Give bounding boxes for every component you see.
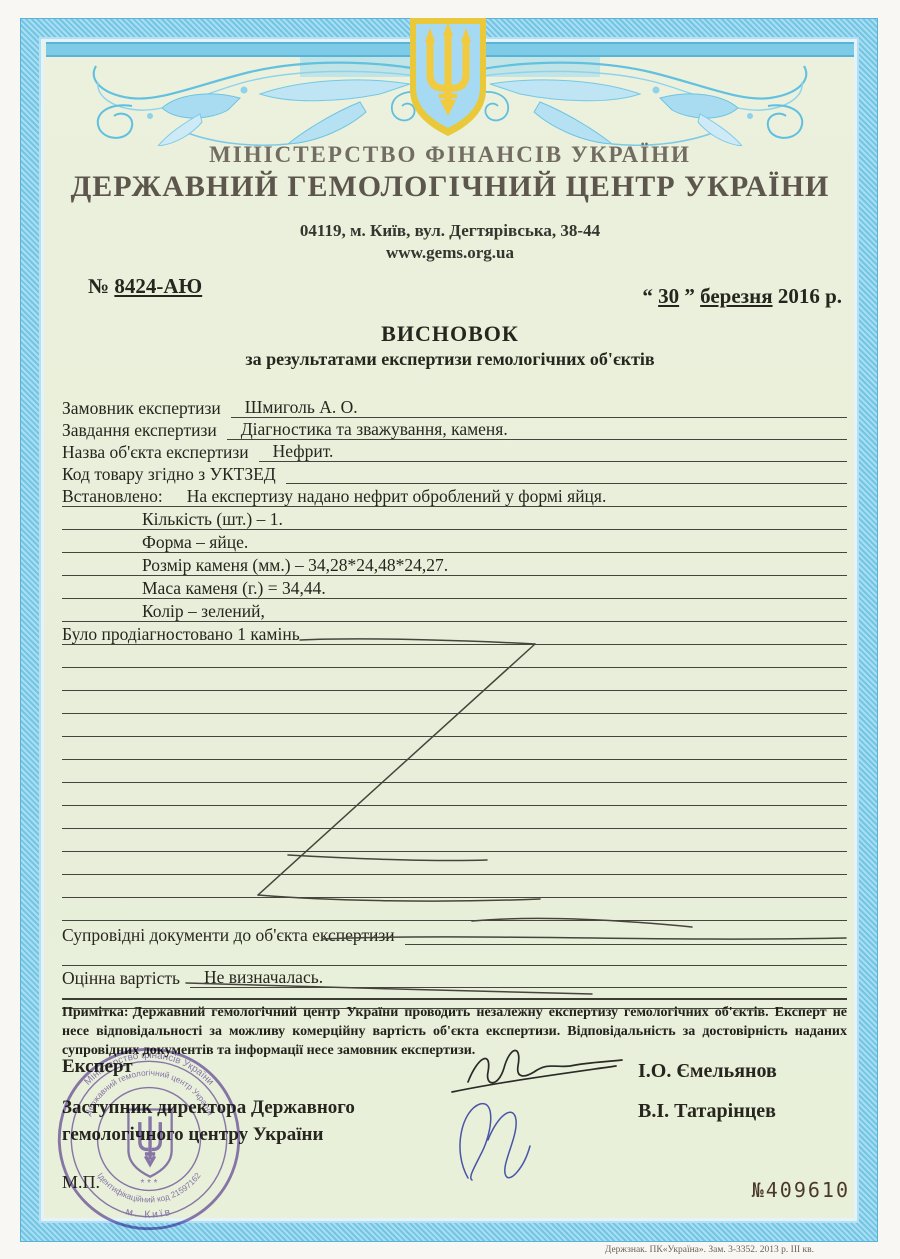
field-line: Нефрит. <box>259 441 847 462</box>
form-row-findings: Встановлено: На експертизу надано нефрит… <box>62 484 847 507</box>
document-date: “ 30 ” березня 2016 р. <box>642 284 842 309</box>
date-day: 30 <box>658 284 679 308</box>
field-line: Діагностика та зважування, каменя. <box>227 419 847 440</box>
blank-ruled-line <box>62 875 847 898</box>
field-label: Замовник експертизи <box>62 398 231 418</box>
note-label: Примітка: <box>62 1005 133 1020</box>
printer-imprint: Держзнак. ПК«Україна». Зам. 3-3352. 2013… <box>605 1245 814 1255</box>
serial-number: №409610 <box>752 1178 850 1202</box>
document-subtitle: за результатами експертизи гемологічних … <box>0 349 900 370</box>
stamp-trident-icon <box>128 1110 171 1177</box>
blank-ruled-line <box>62 852 847 875</box>
quote-open: “ <box>642 284 653 308</box>
expert-name: І.О. Ємельянов <box>638 1060 777 1083</box>
form-section: Замовник експертизи Шмиголь А. О. Завдан… <box>62 396 847 1009</box>
finding-item-row: Кількість (шт.) – 1. <box>62 507 847 530</box>
field-line: Шмиголь А. О. <box>231 397 847 418</box>
blank-ruled-line <box>62 829 847 852</box>
field-value: Нефрит. <box>273 441 334 461</box>
finding-item: Кількість (шт.) – 1. <box>142 509 283 529</box>
certificate-page: МІНІСТЕРСТВО ФІНАНСІВ УКРАЇНИ ДЕРЖАВНИЙ … <box>0 0 900 1259</box>
finding-item: Форма – яйце. <box>142 532 248 552</box>
form-row-customer: Замовник експертизи Шмиголь А. О. <box>62 396 847 418</box>
field-value: Шмиголь А. О. <box>245 397 358 417</box>
valuation-line: Не визначалась. <box>190 967 847 988</box>
blank-ruled-line <box>62 806 847 829</box>
stamp-ring-city: м. Київ <box>124 1206 173 1220</box>
blank-ruled-line <box>62 668 847 691</box>
field-line <box>286 483 847 484</box>
field-value: Діагностика та зважування, каменя. <box>241 419 508 439</box>
findings-summary-row: Було продіагностовано 1 камінь <box>62 622 847 645</box>
svg-text:м. Київ: м. Київ <box>124 1206 173 1220</box>
blank-ruled-line <box>62 783 847 806</box>
form-row-valuation: Оцінна вартість Не визначалась. <box>62 966 847 988</box>
center-website: www.gems.org.ua <box>0 243 900 263</box>
center-name: ДЕРЖАВНИЙ ГЕМОЛОГІЧНИЙ ЦЕНТР УКРАЇНИ <box>0 170 900 204</box>
quote-close: ” <box>684 284 695 308</box>
document-number: № 8424-АЮ <box>88 274 202 299</box>
blank-ruled-line <box>62 737 847 760</box>
document-title: ВИСНОВОК <box>0 321 900 347</box>
finding-item-row: Колір – зелений, <box>62 599 847 622</box>
number-value: 8424-АЮ <box>114 274 202 298</box>
blank-ruled-line <box>62 645 847 668</box>
deputy-name: В.І. Татарінцев <box>638 1100 776 1123</box>
form-row-object-name: Назва об'єкта експертизи Нефрит. <box>62 440 847 462</box>
findings-label: Встановлено: <box>62 486 173 506</box>
ministry-name: МІНІСТЕРСТВО ФІНАНСІВ УКРАЇНИ <box>0 142 900 168</box>
form-row-uktzed: Код товару згідно з УКТЗЕД <box>62 462 847 484</box>
valuation-value: Не визначалась. <box>204 967 323 987</box>
date-year: 2016 р. <box>778 284 842 308</box>
findings-intro: На експертизу надано нефрит оброблений у… <box>187 486 607 506</box>
field-label: Назва об'єкта експертизи <box>62 442 259 462</box>
ukraine-coat-of-arms-icon <box>400 14 496 140</box>
docs-line <box>405 944 847 945</box>
finding-item: Розмір каменя (мм.) – 34,28*24,48*24,27. <box>142 555 448 575</box>
finding-item: Маса каменя (г.) = 34,44. <box>142 578 326 598</box>
official-seal-stamp: Міністерство фінансів України Державний … <box>56 1046 242 1232</box>
findings-summary: Було продіагностовано 1 камінь <box>62 624 300 644</box>
docs-label: Супровідні документи до об'єкта експерти… <box>62 925 405 945</box>
field-label: Код товару згідно з УКТЗЕД <box>62 464 286 484</box>
finding-item-row: Форма – яйце. <box>62 530 847 553</box>
finding-item: Колір – зелений, <box>142 601 265 621</box>
blank-ruled-line <box>62 898 847 921</box>
blank-ruled-line <box>62 760 847 783</box>
form-row-task: Завдання експертизи Діагностика та зважу… <box>62 418 847 440</box>
blank-ruled-line <box>62 945 847 966</box>
form-row-documents: Супровідні документи до об'єкта експерти… <box>62 921 847 945</box>
number-sign: № <box>88 274 109 298</box>
field-label: Завдання експертизи <box>62 420 227 440</box>
blank-ruled-line <box>62 691 847 714</box>
blank-ruled-line <box>62 714 847 737</box>
center-address: 04119, м. Київ, вул. Дегтярівська, 38-44 <box>0 221 900 241</box>
finding-item-row: Маса каменя (г.) = 34,44. <box>62 576 847 599</box>
stamp-stars: * * * <box>141 1178 158 1189</box>
valuation-label: Оцінна вартість <box>62 968 190 988</box>
finding-item-row: Розмір каменя (мм.) – 34,28*24,48*24,27. <box>62 553 847 576</box>
date-month: березня <box>700 284 772 308</box>
